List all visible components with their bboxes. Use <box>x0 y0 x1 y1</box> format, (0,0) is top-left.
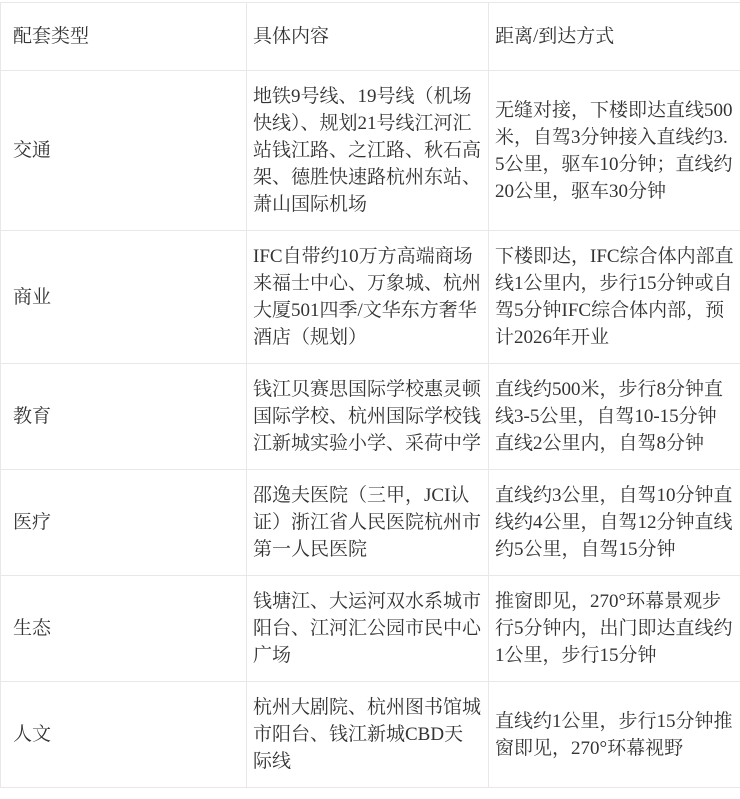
amenity-distance-cell: 直线约500米，步行8分钟直线3-5公里，自驾10-15分钟直线2公里内，自驾8… <box>489 364 740 470</box>
amenity-content-cell: 钱江贝赛思国际学校惠灵顿国际学校、杭州国际学校钱江新城实验小学、采荷中学 <box>247 364 489 470</box>
amenity-content-cell: 杭州大剧院、杭州图书馆城市阳台、钱江新城CBD天际线 <box>247 682 489 788</box>
amenity-type-cell: 医疗 <box>1 470 247 576</box>
table-row: 教育 钱江贝赛思国际学校惠灵顿国际学校、杭州国际学校钱江新城实验小学、采荷中学 … <box>1 364 740 470</box>
amenity-content-cell: 钱塘江、大运河双水系城市阳台、江河汇公园市民中心广场 <box>247 576 489 682</box>
amenity-type-cell: 人文 <box>1 682 247 788</box>
table-header-row: 配套类型 具体内容 距离/到达方式 <box>1 3 740 71</box>
column-header-content: 具体内容 <box>247 3 489 71</box>
table-row: 商业 IFC自带约10万方高端商场来福士中心、万象城、杭州大厦501四季/文华东… <box>1 231 740 364</box>
amenity-content-cell: 地铁9号线、19号线（机场快线）、规划21号线江河汇站钱江路、之江路、秋石高架、… <box>247 71 489 231</box>
amenity-distance-cell: 无缝对接，下楼即达直线500米，自驾3分钟接入直线约3.5公里，驱车10分钟；直… <box>489 71 740 231</box>
table-row: 人文 杭州大剧院、杭州图书馆城市阳台、钱江新城CBD天际线 直线约1公里，步行1… <box>1 682 740 788</box>
amenity-distance-cell: 直线约1公里，步行15分钟推窗即见，270°环幕视野 <box>489 682 740 788</box>
amenity-distance-cell: 推窗即见，270°环幕景观步行5分钟内，出门即达直线约1公里，步行15分钟 <box>489 576 740 682</box>
amenity-type-cell: 商业 <box>1 231 247 364</box>
amenity-content-cell: 邵逸夫医院（三甲，JCI认证）浙江省人民医院杭州市第一人民医院 <box>247 470 489 576</box>
amenity-content-cell: IFC自带约10万方高端商场来福士中心、万象城、杭州大厦501四季/文华东方奢华… <box>247 231 489 364</box>
table-row: 医疗 邵逸夫医院（三甲，JCI认证）浙江省人民医院杭州市第一人民医院 直线约3公… <box>1 470 740 576</box>
amenity-type-cell: 教育 <box>1 364 247 470</box>
amenity-table: 配套类型 具体内容 距离/到达方式 交通 地铁9号线、19号线（机场快线）、规划… <box>0 2 740 788</box>
amenity-type-cell: 交通 <box>1 71 247 231</box>
amenity-distance-cell: 直线约3公里，自驾10分钟直线约4公里，自驾12分钟直线约5公里，自驾15分钟 <box>489 470 740 576</box>
amenity-type-cell: 生态 <box>1 576 247 682</box>
amenity-distance-cell: 下楼即达，IFC综合体内部直线1公里内，步行15分钟或自驾5分钟IFC综合体内部… <box>489 231 740 364</box>
table-body: 交通 地铁9号线、19号线（机场快线）、规划21号线江河汇站钱江路、之江路、秋石… <box>1 71 740 788</box>
column-header-type: 配套类型 <box>1 3 247 71</box>
table-row: 生态 钱塘江、大运河双水系城市阳台、江河汇公园市民中心广场 推窗即见，270°环… <box>1 576 740 682</box>
column-header-distance: 距离/到达方式 <box>489 3 740 71</box>
table-row: 交通 地铁9号线、19号线（机场快线）、规划21号线江河汇站钱江路、之江路、秋石… <box>1 71 740 231</box>
